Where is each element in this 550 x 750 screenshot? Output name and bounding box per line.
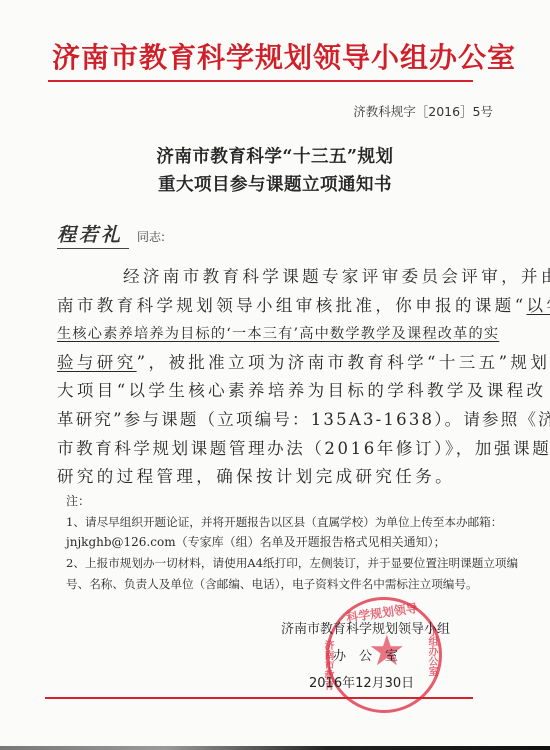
signature-office: 办 公 室	[333, 645, 398, 664]
body-line: 验与研究”，被批准立项为济南市教育科学“十三五”规划重	[57, 349, 497, 378]
project-title-part: 以学	[527, 296, 550, 315]
body-line: 大项目“以学生核心素养培养为目标的学科教学及课程改	[57, 377, 497, 406]
body-line: 研究的过程管理，确保按计划完成研究任务。	[57, 463, 497, 492]
document-number: 济教科规字［2016］5号	[353, 102, 493, 120]
body-line: 南市教育科学规划领导小组审核批准，你申报的课题“以学	[57, 292, 497, 321]
recipient-name: 程若礼	[57, 220, 129, 249]
notice-title-line1: 济南市教育科学“十三五”规划	[0, 143, 550, 168]
notes-section: 注： 1、请尽早组织开题论证，并将开题报告以区县（直属学校）为单位上传至本办邮箱…	[66, 491, 506, 594]
notice-body: 经济南市教育科学课题专家评审委员会评审，并由济 南市教育科学规划领导小组审核批准…	[57, 263, 497, 492]
body-line: 革研究”参与课题（立项编号：135A3-1638）。请参照《济南	[57, 406, 497, 435]
body-line: 市教育科学规划课题管理办法（2016年修订）》，加强课题	[57, 435, 497, 464]
salutation: 同志:	[137, 230, 165, 244]
scan-edge	[0, 746, 550, 750]
note-item: 2、上报市规划办一切材料，请使用A4纸打印，左侧装订，并于显要位置注明课题立项编	[66, 553, 506, 574]
project-title-part: 验与研究	[57, 353, 137, 372]
org-header-title: 济南市教育科学规划领导小组办公室	[52, 36, 482, 76]
signature-org: 济南市教育科学规划领导小组	[281, 618, 450, 637]
recipient: 程若礼同志:	[57, 220, 165, 249]
body-line: 经济南市教育科学课题专家评审委员会评审，并由济	[57, 263, 497, 292]
notice-title-line2: 重大项目参与课题立项通知书	[0, 171, 550, 196]
note-item-email[interactable]: jnjkghb@126.com（专家库（组）名单及开题报告格式见相关通知）；	[66, 532, 506, 553]
footer-red-divider	[45, 697, 473, 699]
notes-label: 注：	[66, 491, 506, 512]
header-red-divider	[48, 80, 473, 82]
signature-date: 2016年12月30日	[309, 672, 414, 691]
note-item: 1、请尽早组织开题论证，并将开题报告以区县（直属学校）为单位上传至本办邮箱：	[66, 512, 506, 533]
note-item: 号、名称、负责人及单位（含邮编、电话），电子资料文件名中需标注立项编号。	[66, 574, 506, 595]
project-title-part: 生核心素养培养为目标的‘一本三有’高中数学教学及课程改革的实	[57, 320, 497, 349]
